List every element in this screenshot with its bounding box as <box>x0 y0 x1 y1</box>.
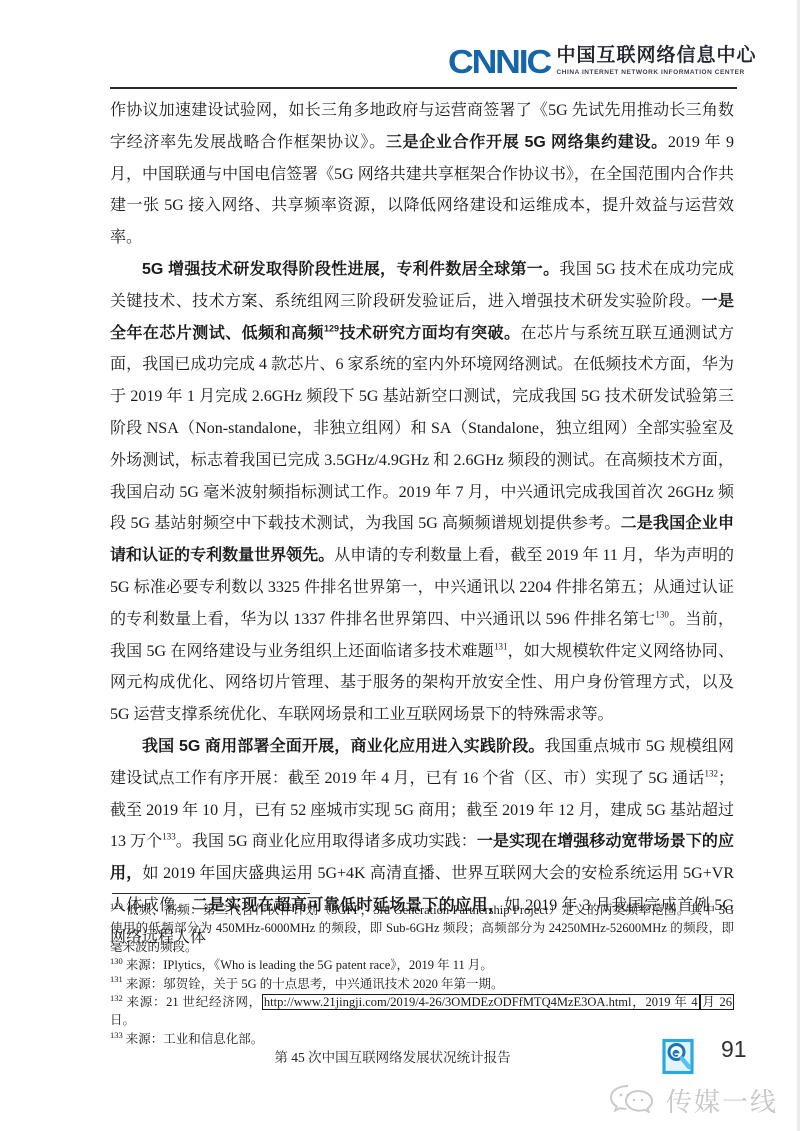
org-name-en: CHINA INTERNET NETWORK INFORMATION CENTE… <box>557 68 757 77</box>
footer-report-title: 第 45 次中国互联网络发展状况统计报告 <box>80 1046 705 1066</box>
wechat-bubbles-icon <box>608 1083 660 1118</box>
text-run: 三是企业合作开展 5G 网络集约建设。 <box>386 134 668 151</box>
footnote-reference: 132 <box>704 768 718 778</box>
footnote-item: 131来源：邬贺铨，关于 5G 的十点思考，中兴通讯技术 2020 年第一期。 <box>110 975 734 993</box>
watermark-label: 传媒一线 <box>666 1082 778 1119</box>
footnote-item: 130来源：IPlytics，《Who is leading the 5G pa… <box>110 956 734 974</box>
footnote-number: 133 <box>110 1030 123 1040</box>
footnote-text: 来源：21 世纪经济网， <box>126 995 262 1009</box>
header: CNNIC 中国互联网络信息中心 CHINA INTERNET NETWORK … <box>448 44 757 80</box>
footnote-text: 低频、高频：第三代合作伙伴计划（3GPP，3rd Generation Part… <box>110 903 734 954</box>
footnote-number: 129 <box>110 901 123 911</box>
footnote-reference: 131 <box>494 641 508 651</box>
text-run: 在芯片与系统互联互通测试方面，我国已成功完成 4 款芯片、6 家系统的室内外环境… <box>110 325 734 533</box>
watermark: 传媒一线 <box>608 1082 778 1119</box>
text-run: 我国 5G 商用部署全面开展，商业化应用进入实践阶段。 <box>142 738 545 755</box>
footnote-text: 来源：工业和信息化部。 <box>126 1032 264 1046</box>
body-paragraph: 5G 增强技术研发取得阶段性进展，专利件数居全球第一。我国 5G 技术在成功完成… <box>110 254 734 731</box>
text-run: 。我国 5G 商业化应用取得诸多成功实践： <box>176 833 477 850</box>
footnotes: 129低频、高频：第三代合作伙伴计划（3GPP，3rd Generation P… <box>110 901 734 1048</box>
page-number: 91 <box>721 1036 747 1063</box>
magnifier-document-icon <box>662 1037 695 1081</box>
header-divider <box>110 87 737 89</box>
text-run: 技术研究方面均有突破。 <box>339 325 521 342</box>
footnote-text: 来源：邬贺铨，关于 5G 的十点思考，中兴通讯技术 2020 年第一期。 <box>126 977 504 991</box>
cnnic-logo: CNNIC <box>448 44 550 80</box>
footnote-divider <box>112 893 310 894</box>
report-page: CNNIC 中国互联网络信息中心 CHINA INTERNET NETWORK … <box>0 0 800 1131</box>
body-text: 作协议加速建设试验网，如长三角多地政府与运营商签署了《5G 先试先用推动长三角数… <box>110 95 734 954</box>
footnote-number: 130 <box>110 956 123 966</box>
org-name-cn: 中国互联网络信息中心 <box>557 44 757 68</box>
footnote-item: 129低频、高频：第三代合作伙伴计划（3GPP，3rd Generation P… <box>110 901 734 956</box>
body-paragraph: 作协议加速建设试验网，如长三角多地政府与运营商签署了《5G 先试先用推动长三角数… <box>110 95 734 254</box>
org-name-block: 中国互联网络信息中心 CHINA INTERNET NETWORK INFORM… <box>557 44 757 77</box>
footnote-link[interactable]: 月 26 <box>700 994 734 1010</box>
footnote-reference: 133 <box>162 832 176 842</box>
footnote-text: 来源：IPlytics，《Who is leading the 5G paten… <box>126 958 493 972</box>
footnote-text: 日。 <box>110 1013 135 1027</box>
footnote-number: 132 <box>110 993 123 1003</box>
text-run: 5G 增强技术研发取得阶段性进展，专利件数居全球第一。 <box>142 261 559 278</box>
footnote-link[interactable]: http://www.21jingji.com/2019/4-26/3OMDEz… <box>262 994 700 1010</box>
footnote-number: 131 <box>110 974 123 984</box>
footnote-reference: 130 <box>655 609 669 619</box>
footnote-reference: 129 <box>324 323 339 333</box>
footnote-item: 132来源：21 世纪经济网，http://www.21jingji.com/2… <box>110 993 734 1030</box>
